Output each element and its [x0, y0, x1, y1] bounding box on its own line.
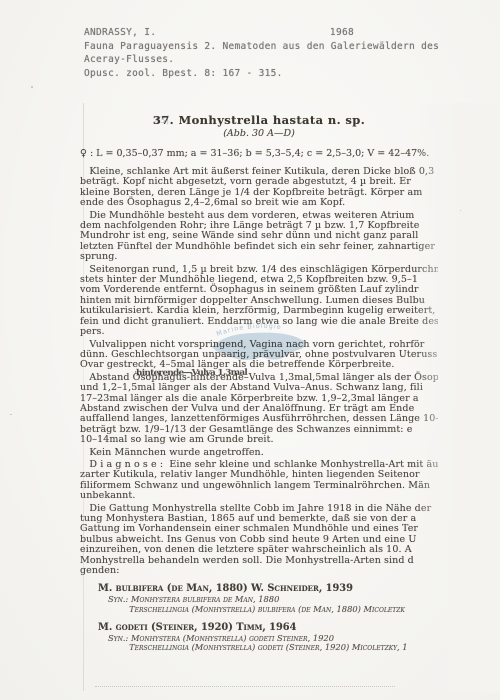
paragraph: Kleine, schlanke Art mit äußerst feiner …: [80, 167, 438, 209]
species-list: M. bulbifera (de Man, 1880) W. Schneider…: [80, 583, 438, 652]
citation-source: Opusc. zool. Bpest. 8: 167 - 315.: [84, 67, 444, 81]
stamp-whale-shape: [212, 333, 306, 360]
text-line: 10–14mal so lang wie am Grunde breit.: [80, 435, 438, 445]
citation-title-line1: Fauna Paraguayensis 2. Nematoden aus den…: [84, 40, 444, 54]
citation-author-year: ANDRASSY, I. 1968: [84, 26, 354, 40]
paragraph: D i a g n o s e : Eine sehr kleine und s…: [80, 460, 438, 502]
text-line: Monhystrella behandeln werden soll. Die …: [80, 556, 438, 566]
scan-speck: [460, 210, 461, 211]
text-line: ende des Ösophagus 2,4–2,6mal so breit w…: [80, 198, 438, 208]
article: 37. Monhystrella hastata n. sp. (Abb. 30…: [80, 113, 438, 653]
synonym-line: Terschellingia (Monhystrella) godeti (St…: [108, 643, 438, 653]
figure-reference: (Abb. 30 A—D): [80, 128, 438, 139]
text-line: und 1,2–1,5mal länger als der Abstand Vu…: [80, 383, 438, 393]
text-line: unbekannt.: [80, 491, 438, 501]
citation-header: ANDRASSY, I. 1968 Fauna Paraguayensis 2.…: [84, 26, 444, 80]
citation-year: 1968: [330, 26, 354, 40]
text-line: genden:: [80, 566, 438, 576]
citation-author: ANDRASSY, I.: [84, 26, 156, 40]
blue-library-stamp: Marine Biologie: [196, 316, 320, 368]
species-title: 37. Monhystrella hastata n. sp.: [80, 113, 438, 127]
text-line: sprung.: [80, 252, 438, 262]
text-line: letzten Fünftel der Mundhöhle befindet s…: [80, 242, 438, 252]
text-line: Kein Männchen wurde angetroffen.: [80, 448, 438, 458]
citation-title-line2: Aceray-Flusses.: [84, 53, 444, 67]
paragraph: Kein Männchen wurde angetroffen.: [80, 448, 438, 458]
synonym-line: Terschellingia (Monhystrella) bulbifera …: [108, 605, 438, 615]
scan-speck: [10, 414, 12, 415]
scan-noise-line: [95, 686, 395, 689]
paragraph: Abstand Ösophagus-hinterende–Vulva 1,3ma…: [80, 373, 438, 446]
measurement-formula: ♀ : L = 0,35–0,37 mm; a = 31–36; b = 5,3…: [80, 148, 438, 159]
scan-speck: [31, 86, 33, 88]
species-heading: M. godeti (Steiner, 1920) Timm, 1964: [98, 622, 438, 634]
handwritten-overwrite: hinterende—Vulva 1,3mal: [136, 368, 316, 378]
paragraph: Die Mundhöhle besteht aus dem vorderen, …: [80, 211, 438, 263]
scanned-page: ANDRASSY, I. 1968 Fauna Paraguayensis 2.…: [0, 0, 500, 700]
paragraph: Die Gattung Monhystrella stellte Cobb im…: [80, 504, 438, 577]
